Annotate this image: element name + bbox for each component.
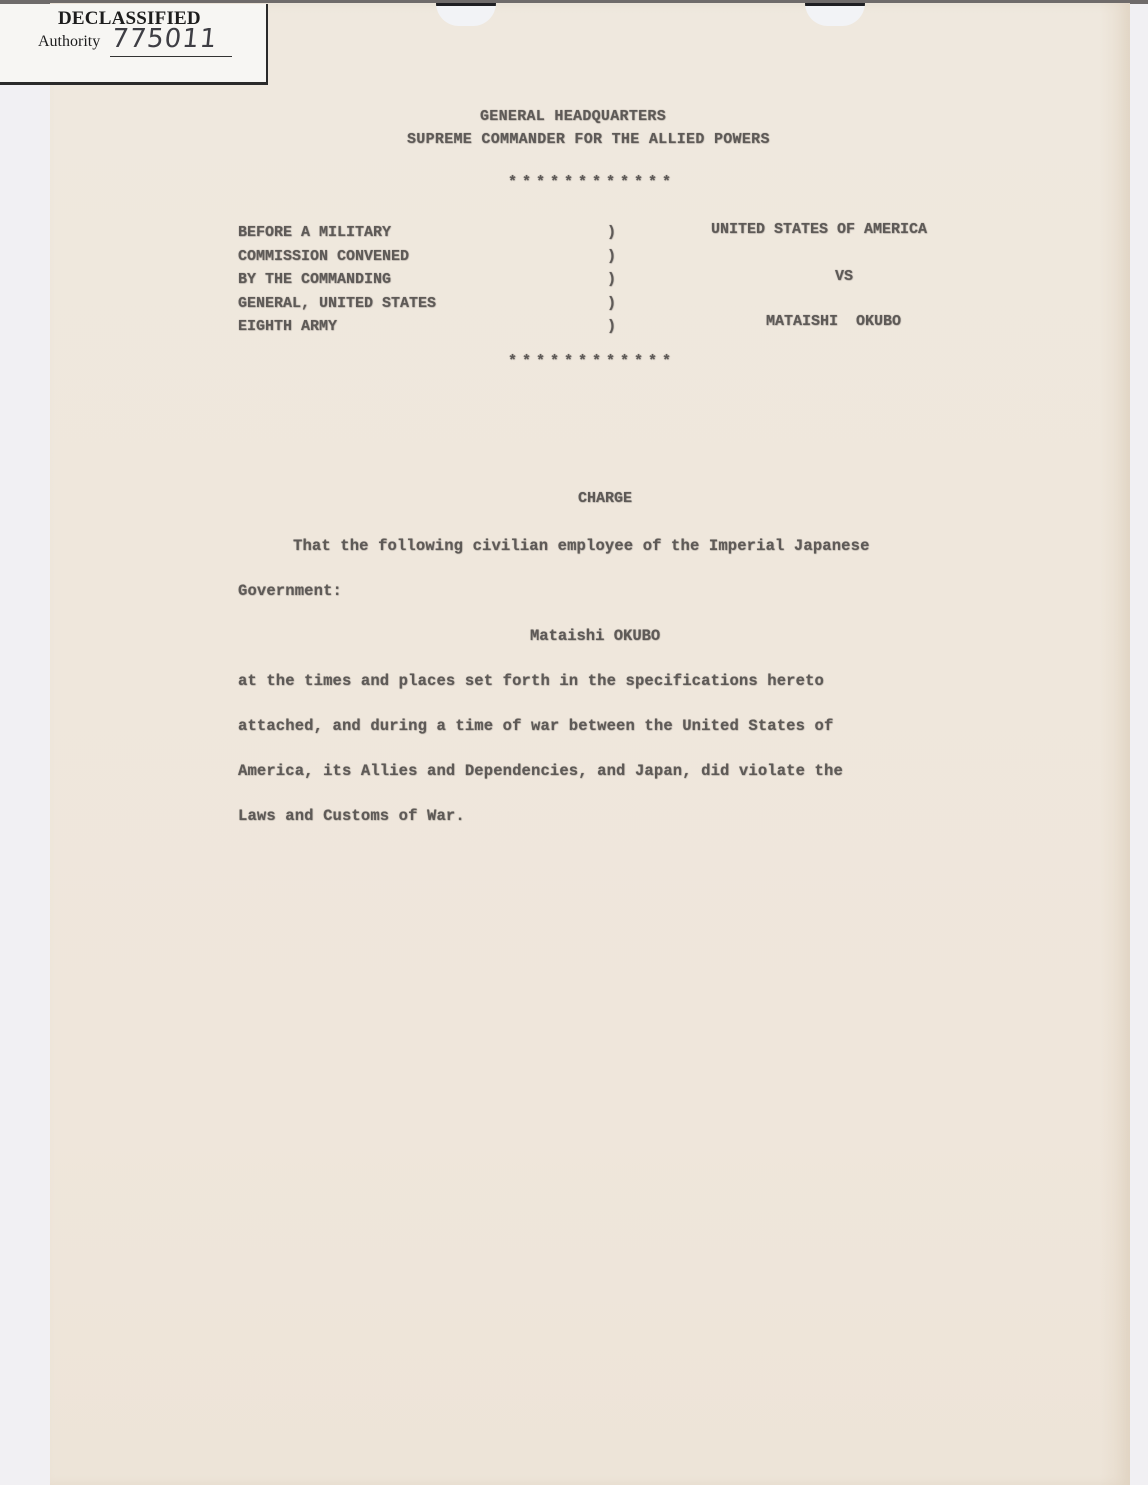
bracket: ) — [607, 315, 616, 339]
bracket: ) — [607, 292, 616, 316]
separator-bottom: ************ — [508, 353, 676, 370]
caption-brackets: ))))) — [607, 221, 616, 339]
caption-plaintiff: UNITED STATES OF AMERICA — [711, 221, 927, 238]
header-line-1: GENERAL HEADQUARTERS — [480, 108, 666, 125]
caption-defendant: MATAISHI OKUBO — [766, 313, 901, 330]
separator-top: ************ — [508, 174, 676, 191]
charge-opening-line-2: Government: — [238, 582, 342, 600]
bracket: ) — [607, 268, 616, 292]
charge-title: CHARGE — [578, 490, 632, 507]
bracket: ) — [607, 221, 616, 245]
stamp-authority-label: Authority — [38, 33, 100, 51]
caption-tribunal: BEFORE A MILITARYCOMMISSION CONVENEDBY T… — [238, 221, 436, 339]
caption-line: GENERAL, UNITED STATES — [238, 292, 436, 316]
charge-body-line: attached, and during a time of war betwe… — [238, 717, 833, 735]
stamp-signature-line — [110, 56, 232, 57]
charge-body-line: at the times and places set forth in the… — [238, 672, 824, 690]
declassified-stamp: DECLASSIFIED Authority 775011 — [0, 4, 268, 85]
punch-hole — [436, 3, 496, 26]
accused-name: Mataishi OKUBO — [530, 627, 660, 645]
caption-line: EIGHTH ARMY — [238, 315, 436, 339]
document-page — [50, 3, 1130, 1485]
caption-versus: VS — [835, 268, 853, 285]
charge-opening-line-1: That the following civilian employee of … — [293, 537, 870, 555]
punch-hole — [805, 3, 865, 26]
charge-body-line: Laws and Customs of War. — [238, 807, 465, 825]
header-line-2: SUPREME COMMANDER FOR THE ALLIED POWERS — [407, 131, 770, 148]
charge-body-line: America, its Allies and Dependencies, an… — [238, 762, 843, 780]
caption-line: BY THE COMMANDING — [238, 268, 436, 292]
caption-line: COMMISSION CONVENED — [238, 245, 436, 269]
stamp-authority-number: 775011 — [110, 24, 229, 54]
bracket: ) — [607, 245, 616, 269]
caption-line: BEFORE A MILITARY — [238, 221, 436, 245]
